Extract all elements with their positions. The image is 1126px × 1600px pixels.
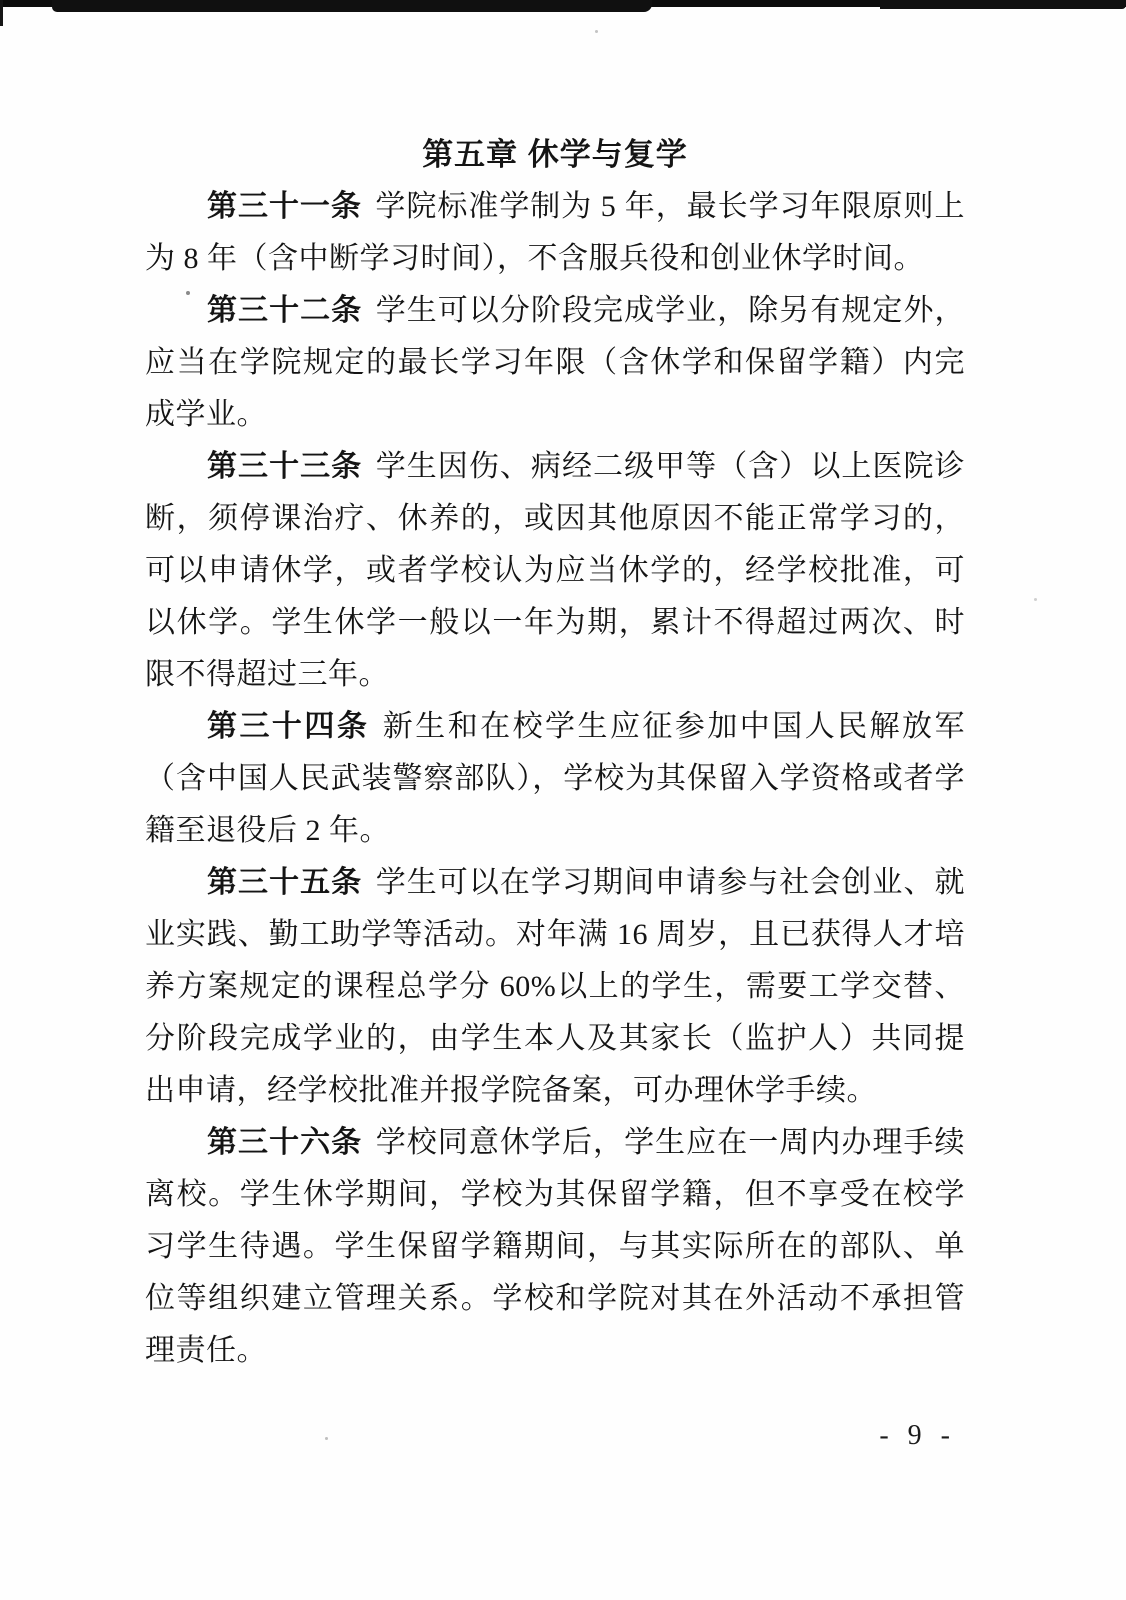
article-34-number: 第三十四条	[207, 710, 369, 743]
article-33-paragraph: 第三十三条学生因伤、病经二级甲等（含）以上医院诊断，须停课治疗、休养的，或因其他…	[145, 441, 965, 701]
scan-artifact-band-segment	[52, 0, 652, 12]
document-content: 第五章 休学与复学 第三十一条学院标准学制为 5 年，最长学习年限原则上为 8 …	[145, 129, 965, 1377]
article-36-number: 第三十六条	[207, 1126, 362, 1159]
scan-speck	[325, 1437, 328, 1440]
article-36-paragraph: 第三十六条学校同意休学后，学生应在一周内办理手续离校。学生休学期间，学校为其保留…	[145, 1117, 965, 1377]
article-31-number: 第三十一条	[207, 190, 362, 223]
scan-speck	[595, 30, 598, 33]
article-32-paragraph: 第三十二条学生可以分阶段完成学业，除另有规定外，应当在学院规定的最长学习年限（含…	[145, 285, 965, 441]
page-number: - 9 -	[879, 1420, 956, 1452]
article-31-paragraph: 第三十一条学院标准学制为 5 年，最长学习年限原则上为 8 年（含中断学习时间）…	[145, 181, 965, 285]
scan-artifact-band-segment	[880, 0, 1126, 9]
document-page: 第五章 休学与复学 第三十一条学院标准学制为 5 年，最长学习年限原则上为 8 …	[0, 0, 1126, 1600]
chapter-title: 第五章 休学与复学	[145, 129, 965, 181]
article-35-paragraph: 第三十五条学生可以在学习期间申请参与社会创业、就业实践、勤工助学等活动。对年满 …	[145, 857, 965, 1117]
article-34-paragraph: 第三十四条新生和在校学生应征参加中国人民解放军（含中国人民武装警察部队），学校为…	[145, 701, 965, 857]
article-35-text: 学生可以在学习期间申请参与社会创业、就业实践、勤工助学等活动。对年满 16 周岁…	[145, 866, 965, 1107]
article-35-number: 第三十五条	[207, 866, 362, 899]
scan-artifact-tick	[0, 0, 3, 26]
article-33-text: 学生因伤、病经二级甲等（含）以上医院诊断，须停课治疗、休养的，或因其他原因不能正…	[145, 450, 965, 691]
article-36-text: 学校同意休学后，学生应在一周内办理手续离校。学生休学期间，学校为其保留学籍，但不…	[145, 1126, 965, 1367]
article-32-number: 第三十二条	[207, 294, 362, 327]
scan-speck	[1034, 598, 1037, 601]
article-33-number: 第三十三条	[207, 450, 362, 483]
